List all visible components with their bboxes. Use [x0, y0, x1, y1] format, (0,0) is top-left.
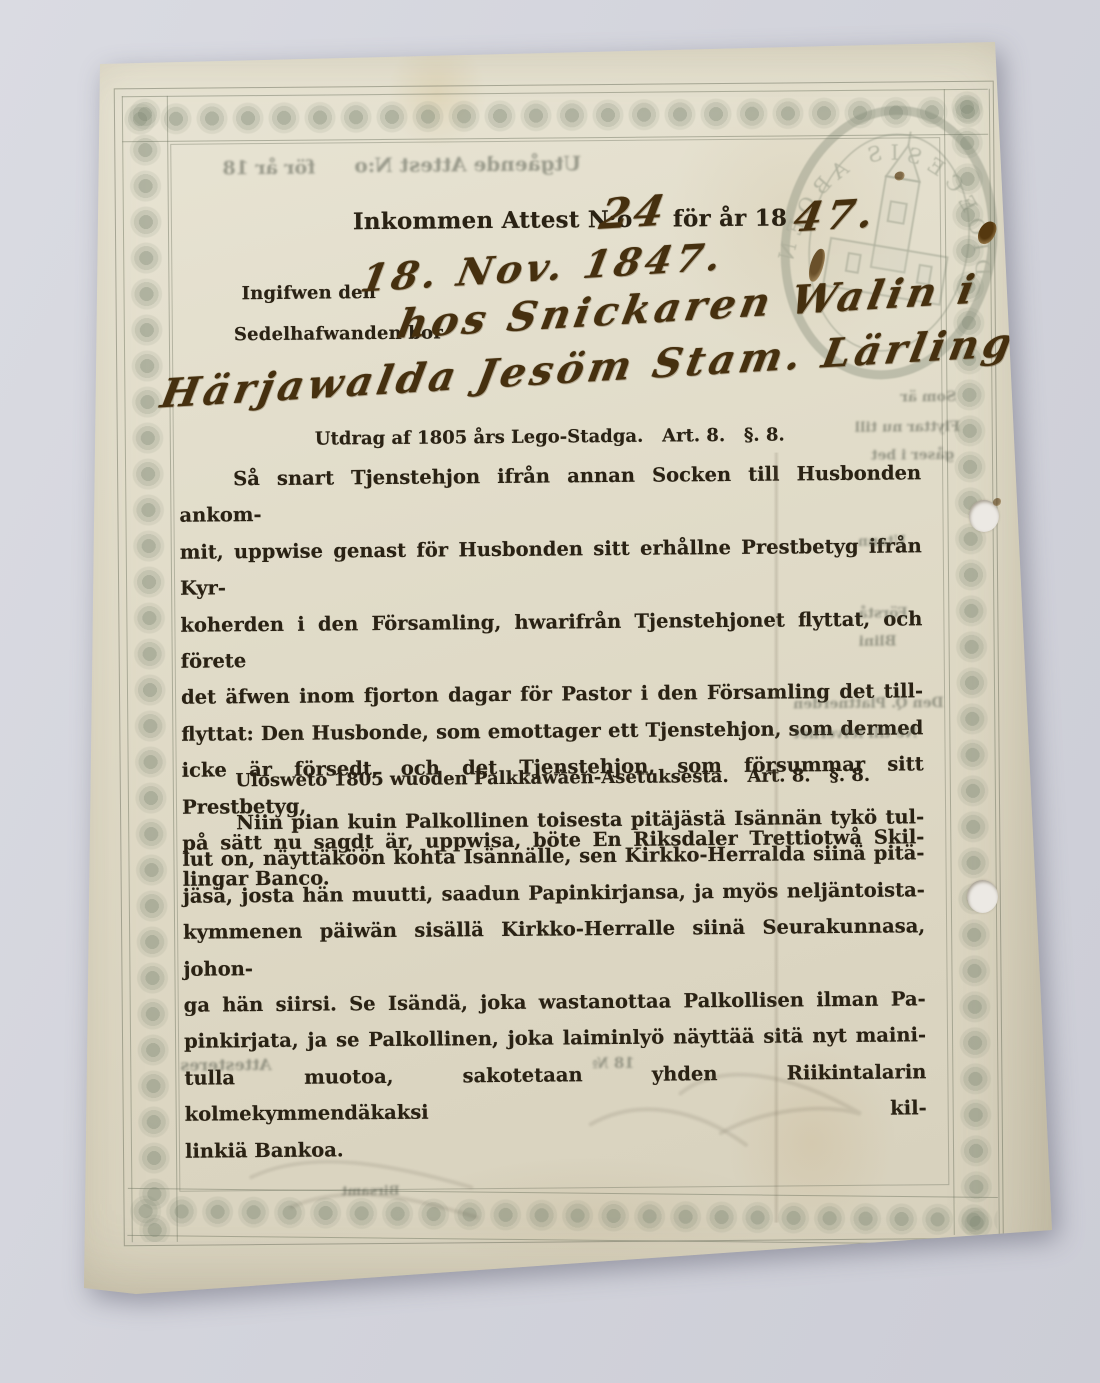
paragraph-line: lut on, näyttäköön kohta Isännälle, sen … — [182, 836, 924, 879]
showthrough-top-title: Utgående Attest N:o — [354, 151, 581, 177]
showthrough-fragment: gåser i bet — [871, 447, 954, 464]
showthrough-fragment: Blini — [859, 634, 897, 650]
punch-hole-bottom — [967, 880, 998, 913]
showthrough-fragment: Som är — [900, 389, 956, 405]
paragraph-line: koherden i den Församling, hwarifrån Tje… — [180, 601, 923, 680]
paper-sheet: för år 18 Utgående Attest N:o DIOECESIS … — [72, 38, 1052, 1300]
field-label-ingifwen: Ingifwen den — [241, 282, 376, 304]
paragraph-line: kymmenen päiwän sisällä Kirkko-Herralle … — [183, 909, 926, 988]
attest-number-handwritten: 24 — [601, 188, 668, 238]
photographed-document: för år 18 Utgående Attest N:o DIOECESIS … — [72, 38, 1052, 1300]
showthrough-fragment: Flyttar nu till — [855, 419, 960, 436]
year-handwritten: 47. — [795, 192, 877, 240]
paragraph-line: mit, uppwise genast för Husbonden sitt e… — [180, 528, 923, 607]
paper-crease — [773, 453, 779, 1223]
paper-content: för år 18 Utgående Attest N:o DIOECESIS … — [71, 30, 1062, 1301]
handwritten-location-line: Härjawalda Jesöm Stam. Lärling. — [166, 340, 1029, 395]
paragraph-line: Så snart Tjenstehjon ifrån annan Socken … — [179, 455, 922, 534]
field-value-holder-handwritten: hos Snickaren Walin i — [401, 281, 974, 333]
document-title-prefix: Inkommen Attest N:o — [353, 206, 633, 235]
showthrough-top-year: för år 18 — [222, 157, 315, 180]
document-title-year-label: för år 18 — [673, 204, 787, 232]
showthrough-handwriting-strokes — [160, 1051, 922, 1238]
showthrough-fragment: Den Q. Plattnerden — [793, 695, 944, 712]
showthrough-fragment: Förstå — [858, 605, 907, 621]
showthrough-fragment: Ne till lefvernet — [793, 725, 917, 742]
showthrough-fragment: Utann — [858, 533, 906, 549]
